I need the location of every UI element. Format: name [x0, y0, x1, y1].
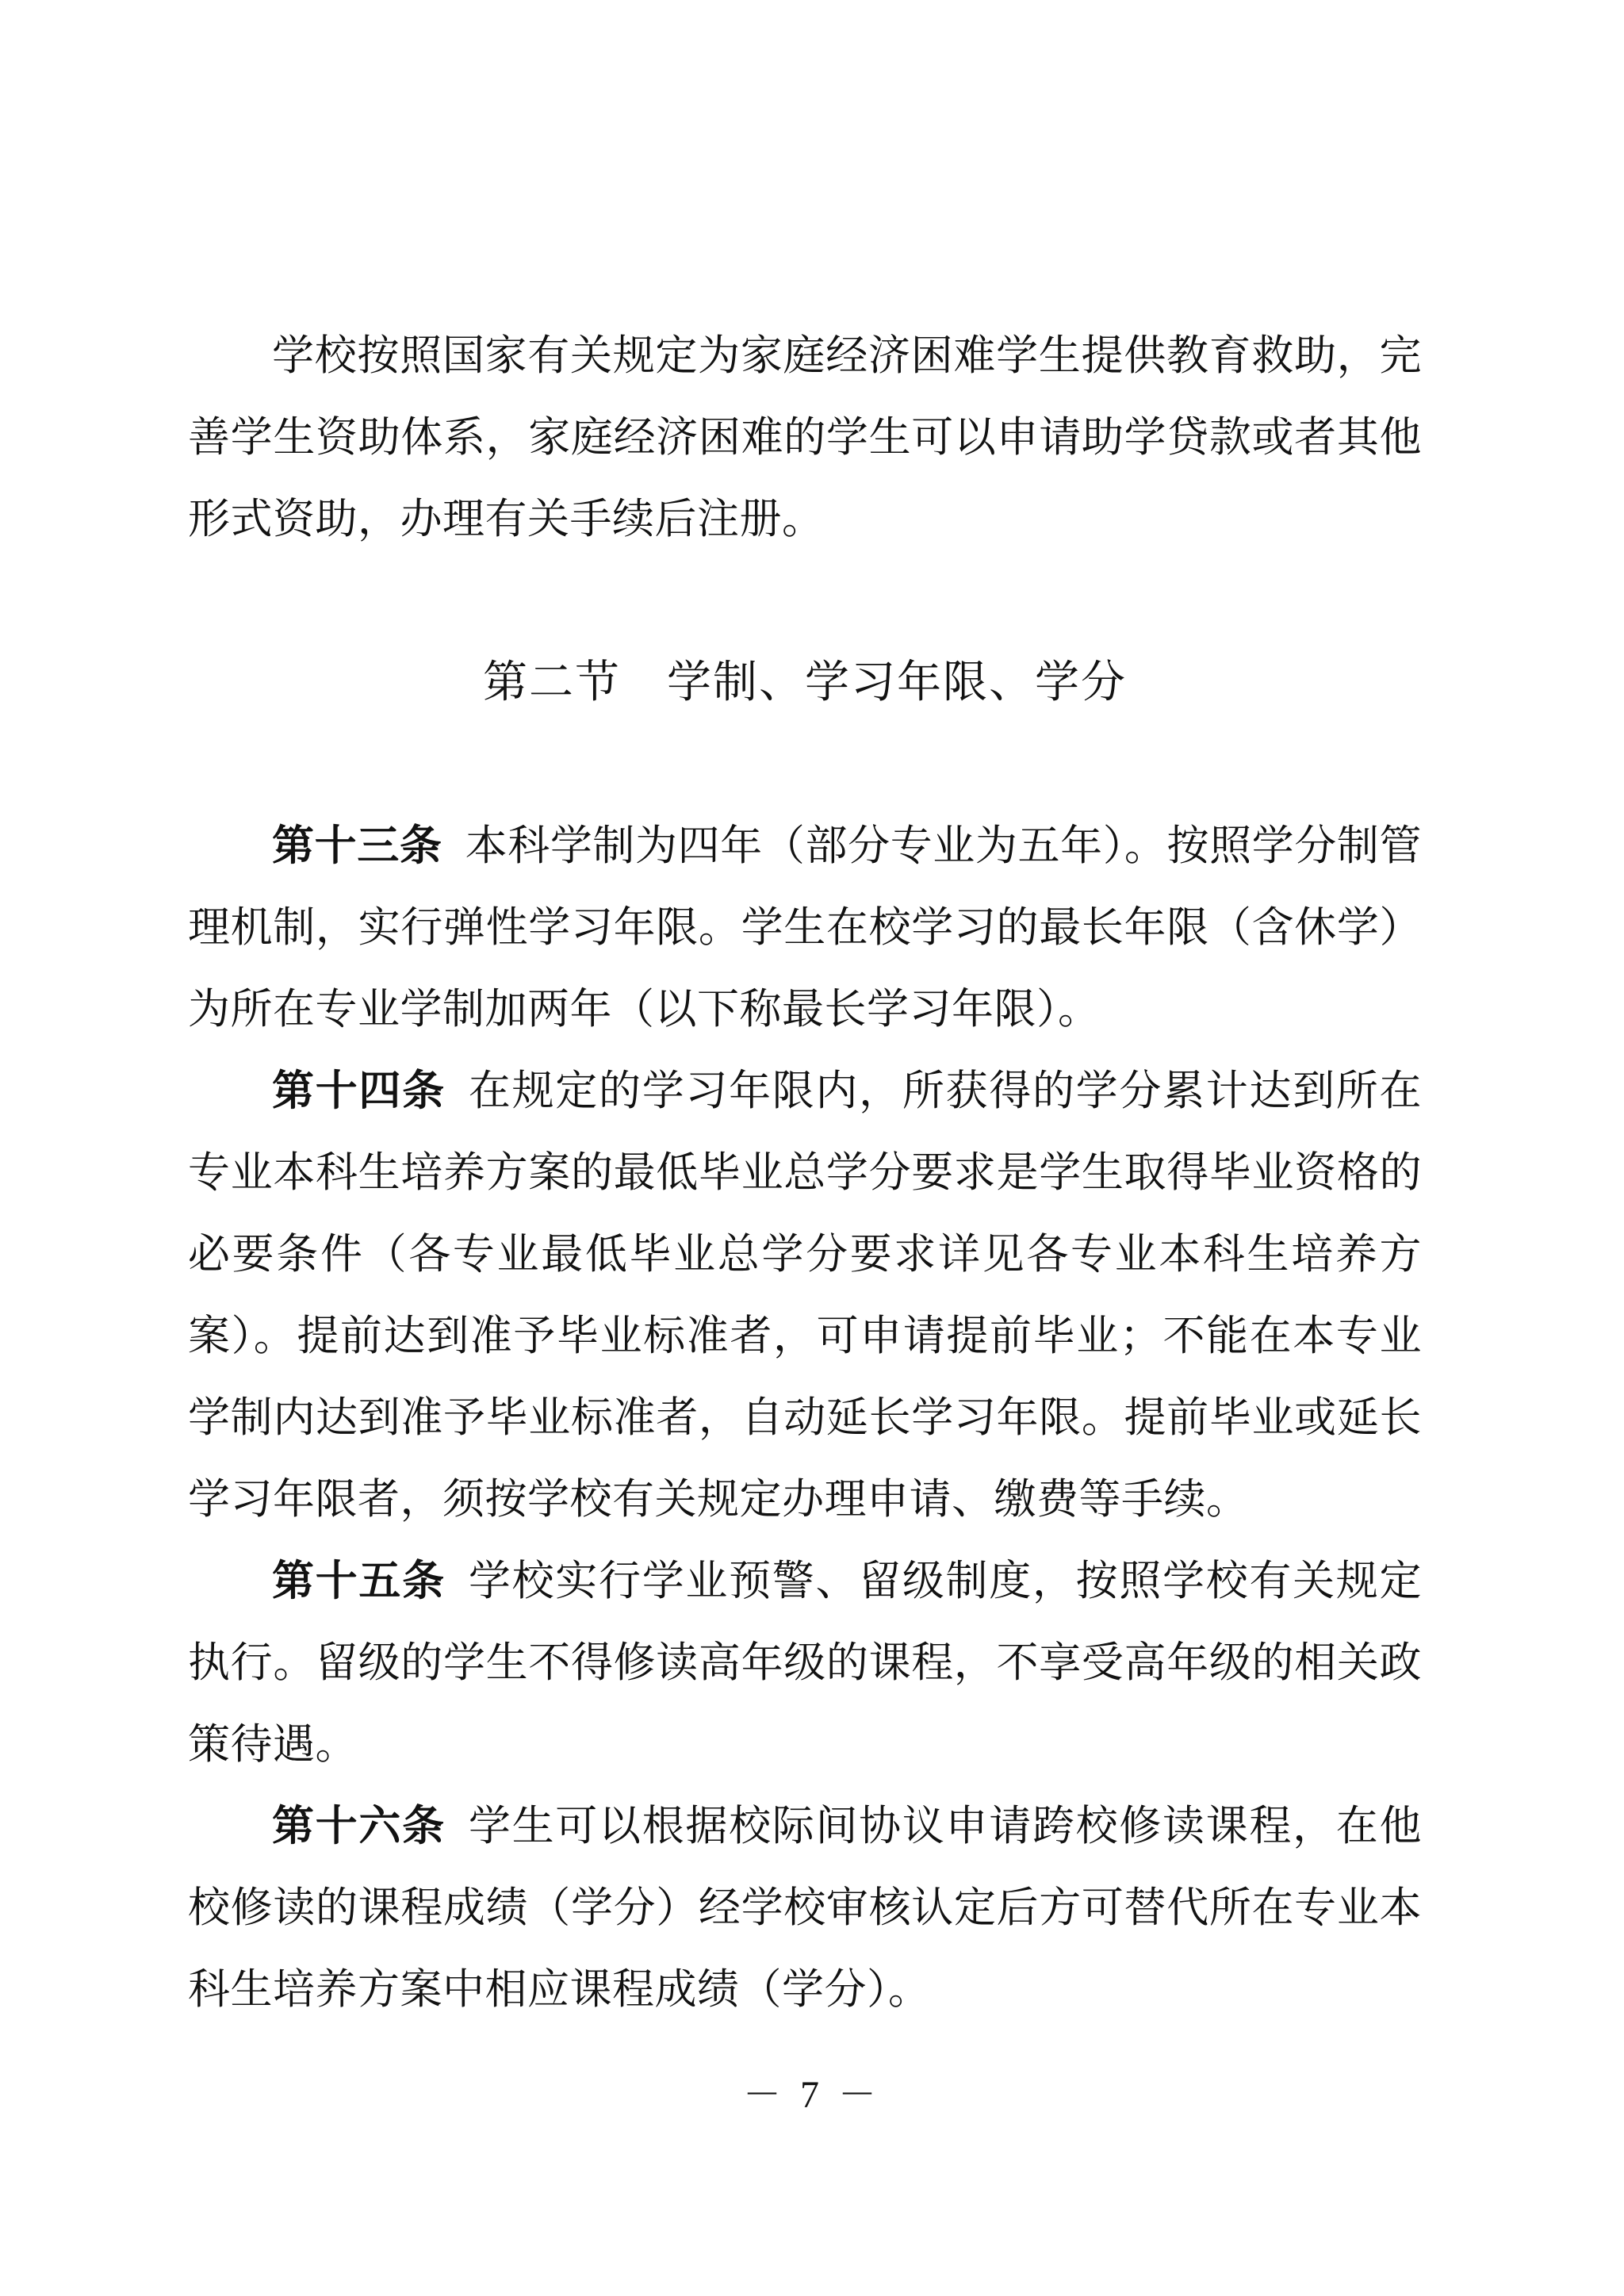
article-14-text: 在规定的学习年限内，所获得的学分累计达到所在专业本科生培养方案的最低毕业总学分要… — [188, 1068, 1422, 1523]
article-14: 第十四条在规定的学习年限内，所获得的学分累计达到所在专业本科生培养方案的最低毕业… — [188, 1051, 1422, 1541]
article-15-number: 第十五条 — [272, 1558, 446, 1604]
article-13: 第十三条本科学制为四年（部分专业为五年）。按照学分制管理机制，实行弹性学习年限。… — [188, 806, 1422, 1051]
section-heading: 第二节 学制、学习年限、学分 — [188, 642, 1422, 724]
intro-paragraph: 学校按照国家有关规定为家庭经济困难学生提供教育救助，完善学生资助体系，家庭经济困… — [188, 316, 1422, 561]
article-13-number: 第十三条 — [272, 823, 442, 869]
document-page: 学校按照国家有关规定为家庭经济困难学生提供教育救助，完善学生资助体系，家庭经济困… — [0, 0, 1624, 2296]
article-16: 第十六条学生可以根据校际间协议申请跨校修读课程，在他校修读的课程成绩（学分）经学… — [188, 1786, 1422, 2031]
article-14-number: 第十四条 — [272, 1068, 446, 1114]
article-15: 第十五条学校实行学业预警、留级制度，按照学校有关规定执行。留级的学生不得修读高年… — [188, 1541, 1422, 1786]
document-content: 学校按照国家有关规定为家庭经济困难学生提供教育救助，完善学生资助体系，家庭经济困… — [188, 316, 1422, 2031]
page-number: － 7 － — [0, 2072, 1624, 2119]
article-16-number: 第十六条 — [272, 1803, 446, 1849]
